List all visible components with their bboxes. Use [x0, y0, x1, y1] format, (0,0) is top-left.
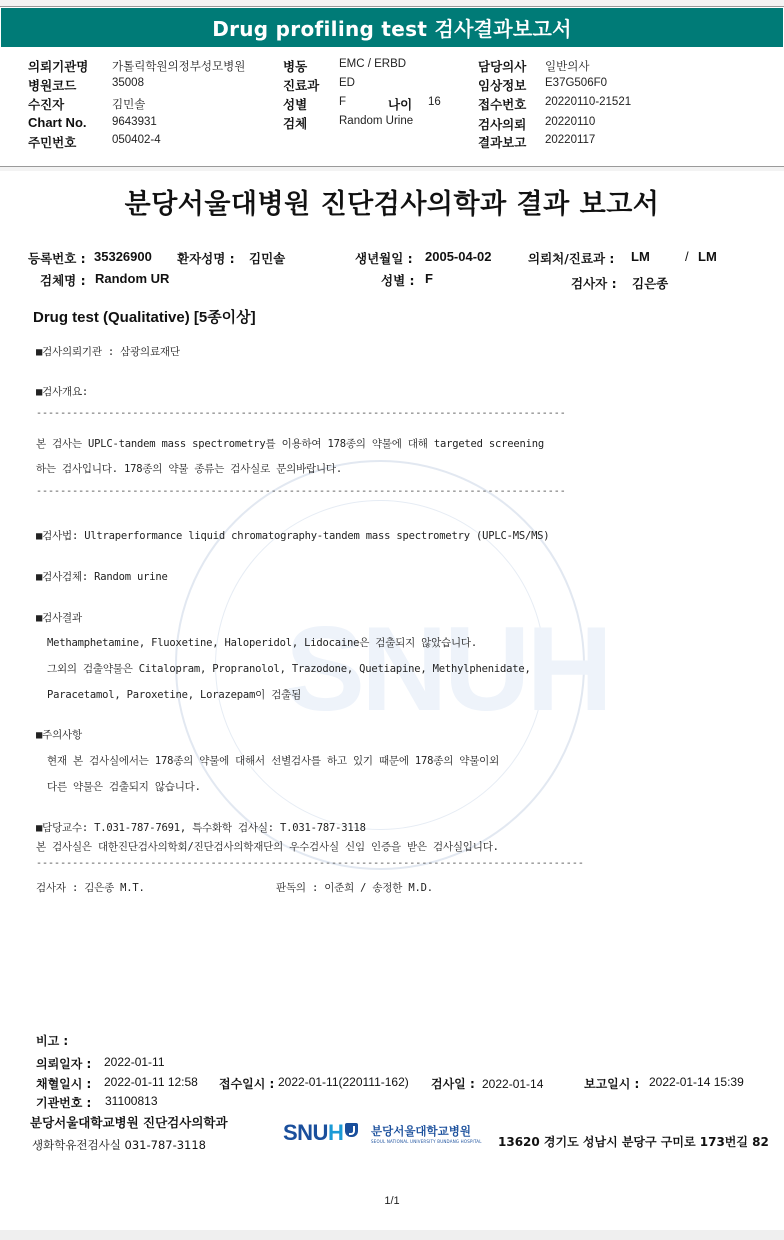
test-date-label: 검사일 : — [431, 1075, 475, 1092]
inst-no-value: 31100813 — [105, 1094, 158, 1108]
meta-value-resident-no: 050402-4 — [112, 134, 161, 146]
sex-label: 성별 : — [381, 271, 415, 289]
request-date-label: 의뢰일자 : — [36, 1055, 91, 1072]
meta-value-age: 16 — [428, 96, 441, 108]
caution-line-1: 현재 본 검사실에서는 178종의 약물에 대해서 선별검사를 하고 있기 때문… — [47, 753, 499, 768]
meta-value-chart-no: 9643931 — [112, 116, 157, 128]
meta-value-hospital-code: 35008 — [112, 77, 144, 89]
receipt-label: 접수일시 : — [219, 1075, 274, 1092]
dob-label: 생년월일 : — [355, 249, 413, 267]
collect-label: 채혈일시 : — [36, 1075, 91, 1092]
meta-value-specimen: Random Urine — [339, 115, 413, 127]
meta-label-physician: 담당의사 — [478, 57, 526, 75]
meta-value-dept: ED — [339, 77, 355, 89]
meta-label-chart-no: Chart No. — [28, 115, 87, 130]
certification-line: 본 검사실은 대한진단검사의학회/진단검사의학재단의 우수검사실 신임 인증을 … — [36, 839, 499, 854]
meta-label-clinical-info: 임상정보 — [478, 76, 526, 94]
meta-label-request: 검사의뢰 — [478, 115, 526, 133]
collect-value: 2022-01-11 12:58 — [104, 1075, 198, 1089]
dept-label: 의뢰처/진료과 : — [528, 249, 614, 267]
overview-line-2: 하는 검사입니다. 178종의 약물 종류는 검사실로 문의바랍니다. — [36, 461, 342, 476]
dash-divider: ----------------------------------------… — [36, 486, 567, 497]
meta-label-resident-no: 주민번호 — [28, 133, 76, 151]
meta-label-agency: 의뢰기관명 — [28, 57, 88, 75]
overview-heading: ■검사개요: — [36, 384, 88, 399]
request-date-value: 2022-01-11 — [104, 1055, 165, 1069]
caution-heading: ■주의사항 — [36, 727, 82, 742]
receipt-value: 2022-01-11(220111-162) — [278, 1075, 409, 1089]
hospital-logo: SNUH 분당서울대학교병원 SEOUL NATIONAL UNIVERSITY… — [283, 1120, 358, 1146]
report-datetime-value: 2022-01-14 15:39 — [649, 1075, 744, 1089]
result-line-3: Paracetamol, Paroxetine, Lorazepam이 검출됨 — [47, 687, 301, 702]
overview-line-1: 본 검사는 UPLC-tandem mass spectrometry를 이용하… — [36, 436, 544, 451]
logo-english-name: SEOUL NATIONAL UNIVERSITY BUNDANG HOSPIT… — [371, 1139, 482, 1144]
meta-label-sex: 성별 — [283, 95, 307, 113]
document-header: Drug profiling test 검사결과보고서 — [1, 8, 783, 47]
logo-h-text: H — [328, 1120, 343, 1145]
contact-line: ■담당교수: T.031-787-7691, 특수화학 검사실: T.031-7… — [36, 820, 366, 835]
meta-value-physician: 일반의사 — [545, 58, 589, 74]
inst-no-label: 기관번호 : — [36, 1094, 91, 1111]
document-title: Drug profiling test 검사결과보고서 — [212, 13, 572, 42]
patient-name-value: 김민솔 — [249, 249, 285, 267]
result-line-2: 그외의 검출약물은 Citalopram, Propranolol, Trazo… — [47, 661, 531, 676]
meta-label-dept: 진료과 — [283, 76, 319, 94]
result-line-1: Methamphetamine, Fluoxetine, Haloperidol… — [47, 635, 477, 650]
meta-label-age: 나이 — [388, 95, 412, 113]
meta-label-patient: 수진자 — [28, 95, 64, 113]
agency-line: ■검사의뢰기관 : 삼광의료재단 — [36, 344, 180, 359]
test-title: Drug test (Qualitative) [5종이상] — [33, 306, 256, 327]
meta-label-hospital-code: 병원코드 — [28, 76, 76, 94]
tester-line: 검사자 : 김은종 M.T. — [36, 880, 145, 895]
dept-name: 분당서울대학교병원 진단검사의학과 — [30, 1113, 228, 1131]
dept-separator: / — [685, 249, 689, 264]
top-border — [0, 0, 784, 7]
report-title: 분당서울대병원 진단검사의학과 결과 보고서 — [0, 182, 784, 221]
meta-label-receipt-no: 접수번호 — [478, 95, 526, 113]
specimen-line: ■검사검체: Random urine — [36, 569, 168, 584]
result-heading: ■검사결과 — [36, 610, 82, 625]
dept-value-1: LM — [631, 249, 650, 264]
dash-divider: ----------------------------------------… — [36, 858, 584, 869]
examiner-label: 검사자 : — [571, 274, 617, 292]
reader-line: 판독의 : 이준희 / 송정한 M.D. — [276, 880, 433, 895]
meta-value-clinical-info: E37G506F0 — [545, 77, 607, 89]
page-number: 1/1 — [0, 1195, 784, 1207]
remark-label: 비고 : — [36, 1032, 68, 1049]
logo-korean-name: 분당서울대학교병원 — [371, 1123, 482, 1139]
meta-value-agency: 가톨릭학원의정부성모병원 — [112, 58, 245, 74]
logo-korean-block: 분당서울대학교병원 SEOUL NATIONAL UNIVERSITY BUND… — [371, 1123, 482, 1144]
dash-divider: ----------------------------------------… — [36, 408, 567, 419]
reg-no-value: 35326900 — [94, 249, 152, 264]
examiner-value: 김은종 — [632, 274, 668, 292]
meta-value-patient: 김민솔 — [112, 96, 145, 112]
test-date-value: 2022-01-14 — [482, 1077, 543, 1091]
meta-value-receipt-no: 20220110-21521 — [545, 96, 631, 108]
address: 13620 경기도 성남시 분당구 구미로 173번길 82 — [498, 1133, 769, 1150]
bottom-bar — [0, 1230, 784, 1240]
lab-phone: 생화학유전검사실 031-787-3118 — [32, 1137, 206, 1153]
logo-snu-text: SNU — [283, 1120, 328, 1145]
patient-name-label: 환자성명 : — [177, 249, 235, 267]
reg-no-label: 등록번호 : — [28, 249, 86, 267]
meta-value-ward: EMC / ERBD — [339, 58, 406, 70]
method-line: ■검사법: Ultraperformance liquid chromatogr… — [36, 528, 549, 543]
dept-value-2: LM — [698, 249, 717, 264]
section-divider — [0, 166, 784, 171]
meta-label-specimen: 검체 — [283, 114, 307, 132]
caution-line-2: 다른 약물은 검출되지 않습니다. — [47, 779, 201, 794]
specimen-value: Random UR — [95, 271, 169, 286]
meta-value-request: 20220110 — [545, 116, 595, 128]
logo-shield-icon — [345, 1123, 358, 1137]
meta-label-ward: 병동 — [283, 57, 307, 75]
meta-label-report: 결과보고 — [478, 133, 526, 151]
meta-value-report: 20220117 — [545, 134, 595, 146]
meta-value-sex: F — [339, 96, 346, 108]
specimen-label: 검체명 : — [40, 271, 86, 289]
sex-value: F — [425, 271, 433, 286]
report-datetime-label: 보고일시 : — [584, 1075, 639, 1092]
dob-value: 2005-04-02 — [425, 249, 492, 264]
